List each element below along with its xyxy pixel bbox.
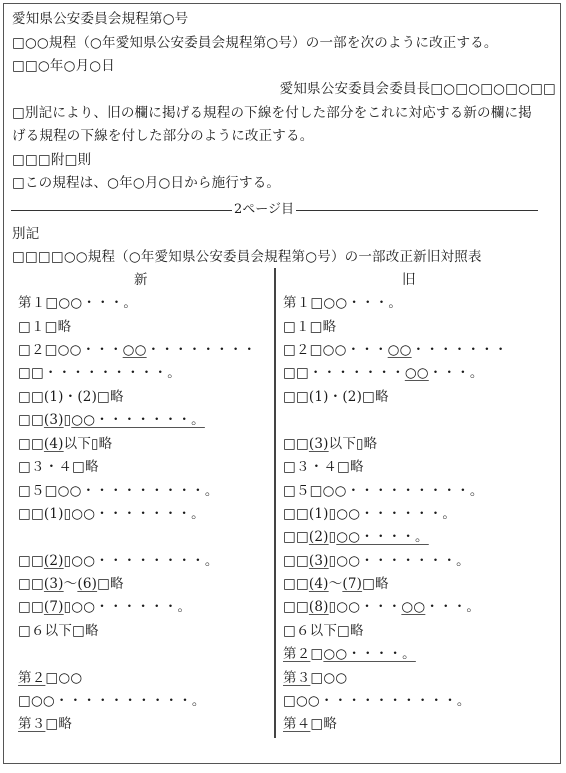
row-text: □□ bbox=[18, 436, 44, 452]
row-text: □□ bbox=[283, 553, 309, 569]
row-text: □○○ bbox=[310, 670, 347, 686]
row-text: □□ bbox=[18, 599, 44, 615]
underlined-text: (7) bbox=[44, 599, 64, 615]
row-text: 第１□○○・・・。 bbox=[283, 295, 402, 311]
row-text: □□ bbox=[18, 576, 44, 592]
row-text: □２□○○・・・ bbox=[283, 342, 388, 358]
table-row: □６以下□略 bbox=[283, 622, 364, 640]
row-text: □６以下□略 bbox=[283, 623, 364, 639]
underlined-text: 第４ bbox=[283, 716, 310, 732]
table-row: 第４□略 bbox=[283, 715, 337, 733]
table-row: □６以下□略 bbox=[18, 622, 99, 640]
row-text: □□ bbox=[283, 529, 309, 545]
row-text: 第１□○○・・・。 bbox=[18, 295, 137, 311]
underlined-text: ○○ bbox=[405, 365, 429, 381]
underlined-text: (2) bbox=[44, 553, 64, 569]
table-row: □□(3)～(6)□略 bbox=[18, 575, 124, 593]
table-row: 第１□○○・・・。 bbox=[18, 294, 137, 312]
table-row: □□・・・・・・・○○・・・。 bbox=[283, 364, 484, 382]
table-row: 第３□○○ bbox=[283, 669, 347, 687]
row-text: ～ bbox=[329, 576, 343, 592]
row-text: ▯○○・・・・・・。 bbox=[64, 599, 192, 615]
underlined-text: ○○ bbox=[123, 342, 147, 358]
row-text: ▯○○・・・・・・・・。 bbox=[64, 553, 219, 569]
table-row: □○○・・・・・・・・・・。 bbox=[283, 692, 471, 710]
page-separator-label: 2ページ目 bbox=[232, 201, 296, 219]
table-row: □□(2)▯○○・・・・。 bbox=[283, 528, 429, 546]
underlined-text: (3) bbox=[309, 553, 329, 569]
signatory: 愛知県公安委員会委員長□○□○□○□○□□ bbox=[280, 80, 556, 98]
table-row: 第１□○○・・・。 bbox=[283, 294, 402, 312]
table-row: □５□○○・・・・・・・・・。 bbox=[18, 482, 219, 500]
row-text: □□ bbox=[18, 412, 44, 428]
row-text: □○○ bbox=[45, 670, 82, 686]
body-text-line-2: げる規程の下線を付した部分のように改正する。 bbox=[12, 127, 313, 145]
row-text: ・・・。 bbox=[425, 599, 480, 615]
row-text: □□・・・・・・・ bbox=[283, 365, 405, 381]
column-header-new: 新 bbox=[134, 271, 148, 289]
row-text: ・・・・・・・・ bbox=[147, 342, 257, 358]
body-text-line-1: □別記により、旧の欄に掲げる規程の下線を付した部分をこれに対応する新の欄に掲 bbox=[12, 104, 532, 122]
underlined-text: (3) bbox=[309, 436, 329, 452]
table-row: 第２□○○ bbox=[18, 669, 82, 687]
underlined-text: 第２ bbox=[283, 646, 310, 662]
underlined-text: (7) bbox=[342, 576, 362, 592]
underlined-text: (3) bbox=[44, 576, 64, 592]
underlined-text: ○○ bbox=[401, 599, 425, 615]
row-text: □３・４□略 bbox=[18, 459, 99, 475]
row-text: ・・・。 bbox=[429, 365, 484, 381]
comparison-table-title: □□□□○○規程（○年愛知県公安委員会規程第○号）の一部改正新旧対照表 bbox=[12, 248, 482, 266]
row-text: □５□○○・・・・・・・・・。 bbox=[283, 483, 484, 499]
row-text: □○○・・・・・・・・・・。 bbox=[18, 693, 206, 709]
row-text: □□(1)▯○○・・・・・・・。 bbox=[18, 506, 205, 522]
table-row: □□(3)▯○○・・・・・・・。 bbox=[283, 552, 470, 570]
table-row: □３・４□略 bbox=[18, 458, 99, 476]
table-row: □５□○○・・・・・・・・・。 bbox=[283, 482, 484, 500]
row-text: □□(1)・(2)□略 bbox=[283, 389, 389, 405]
table-row: □□・・・・・・・・・。 bbox=[18, 364, 181, 382]
table-row: □□(4)～(7)□略 bbox=[283, 575, 389, 593]
row-text: □略 bbox=[310, 716, 337, 732]
row-text: □５□○○・・・・・・・・・。 bbox=[18, 483, 219, 499]
row-text: □□ bbox=[283, 599, 309, 615]
row-text: 以下▯略 bbox=[329, 436, 378, 452]
row-text: □□・・・・・・・・・。 bbox=[18, 365, 181, 381]
underlined-text: 第３ bbox=[18, 716, 45, 732]
regulation-number: 愛知県公安委員会規程第○号 bbox=[12, 10, 188, 28]
row-text: ▯○○・・・・・・・。 bbox=[329, 553, 470, 569]
underlined-text: (3) bbox=[44, 412, 64, 428]
table-row: □□(8)▯○○・・・○○・・・。 bbox=[283, 598, 480, 616]
underlined-text: ○○・・・・。 bbox=[323, 646, 415, 662]
amendment-intro: □○○規程（○年愛知県公安委員会規程第○号）の一部を次のように改正する。 bbox=[12, 34, 498, 52]
column-divider bbox=[274, 268, 276, 738]
underlined-text: (4) bbox=[309, 576, 329, 592]
row-text: □１□略 bbox=[18, 319, 71, 335]
column-header-old: 旧 bbox=[402, 271, 416, 289]
table-row: □□(1)・(2)□略 bbox=[283, 388, 389, 406]
table-row: □□(1)▯○○・・・・・・。 bbox=[283, 505, 456, 523]
underlined-text: ○○・・・・・・・。 bbox=[71, 412, 205, 428]
table-row: □２□○○・・・○○・・・・・・・・ bbox=[18, 341, 256, 359]
underlined-text: (4) bbox=[44, 436, 64, 452]
table-row: □１□略 bbox=[18, 318, 71, 336]
table-row: □３・４□略 bbox=[283, 458, 364, 476]
table-row: 第３□略 bbox=[18, 715, 72, 733]
row-text: □３・４□略 bbox=[283, 459, 364, 475]
underlined-text: 第２ bbox=[18, 670, 45, 686]
row-text: □□ bbox=[18, 553, 44, 569]
table-row: □□(3)以下▯略 bbox=[283, 435, 377, 453]
table-row: □□(1)・(2)□略 bbox=[18, 388, 124, 406]
row-text: □略 bbox=[362, 576, 389, 592]
row-text: □略 bbox=[45, 716, 72, 732]
table-row: □□(3)▯○○・・・・・・・。 bbox=[18, 411, 205, 429]
supplementary-provisions-text: □この規程は、○年○月○日から施行する。 bbox=[12, 174, 280, 192]
appendix-label: 別記 bbox=[12, 225, 39, 243]
supplementary-provisions-title: □□□附□則 bbox=[12, 151, 91, 169]
enactment-date: □□○年○月○日 bbox=[12, 57, 115, 75]
table-row: 第２□○○・・・・。 bbox=[283, 645, 416, 663]
row-text: □２□○○・・・ bbox=[18, 342, 123, 358]
row-text: ▯○○・・・ bbox=[329, 599, 402, 615]
underlined-text: (2) bbox=[309, 529, 329, 545]
row-text: □□(1)・(2)□略 bbox=[18, 389, 124, 405]
row-text: □６以下□略 bbox=[18, 623, 99, 639]
underlined-text: (6) bbox=[77, 576, 97, 592]
row-text: □１□略 bbox=[283, 319, 336, 335]
row-text: ・・・・・・・ bbox=[412, 342, 508, 358]
table-row: □□(2)▯○○・・・・・・・・。 bbox=[18, 552, 219, 570]
underlined-text: 第３ bbox=[283, 670, 310, 686]
underlined-text: ○○ bbox=[388, 342, 412, 358]
table-row: □□(7)▯○○・・・・・・。 bbox=[18, 598, 191, 616]
row-text: □○○・・・・・・・・・・。 bbox=[283, 693, 471, 709]
table-row: □１□略 bbox=[283, 318, 336, 336]
table-row: □□(1)▯○○・・・・・・・。 bbox=[18, 505, 205, 523]
table-row: □○○・・・・・・・・・・。 bbox=[18, 692, 206, 710]
row-text: □□ bbox=[283, 576, 309, 592]
row-text: □□ bbox=[283, 436, 309, 452]
table-row: □□(4)以下▯略 bbox=[18, 435, 112, 453]
row-text: □□(1)▯○○・・・・・・。 bbox=[283, 506, 456, 522]
underlined-text: (8) bbox=[309, 599, 329, 615]
row-text: ～ bbox=[64, 576, 78, 592]
row-text: □略 bbox=[97, 576, 124, 592]
row-text: □ bbox=[310, 646, 323, 662]
table-row: □２□○○・・・○○・・・・・・・ bbox=[283, 341, 508, 359]
underlined-text: ○○・・・・。 bbox=[336, 529, 428, 545]
row-text: 以下▯略 bbox=[64, 436, 113, 452]
